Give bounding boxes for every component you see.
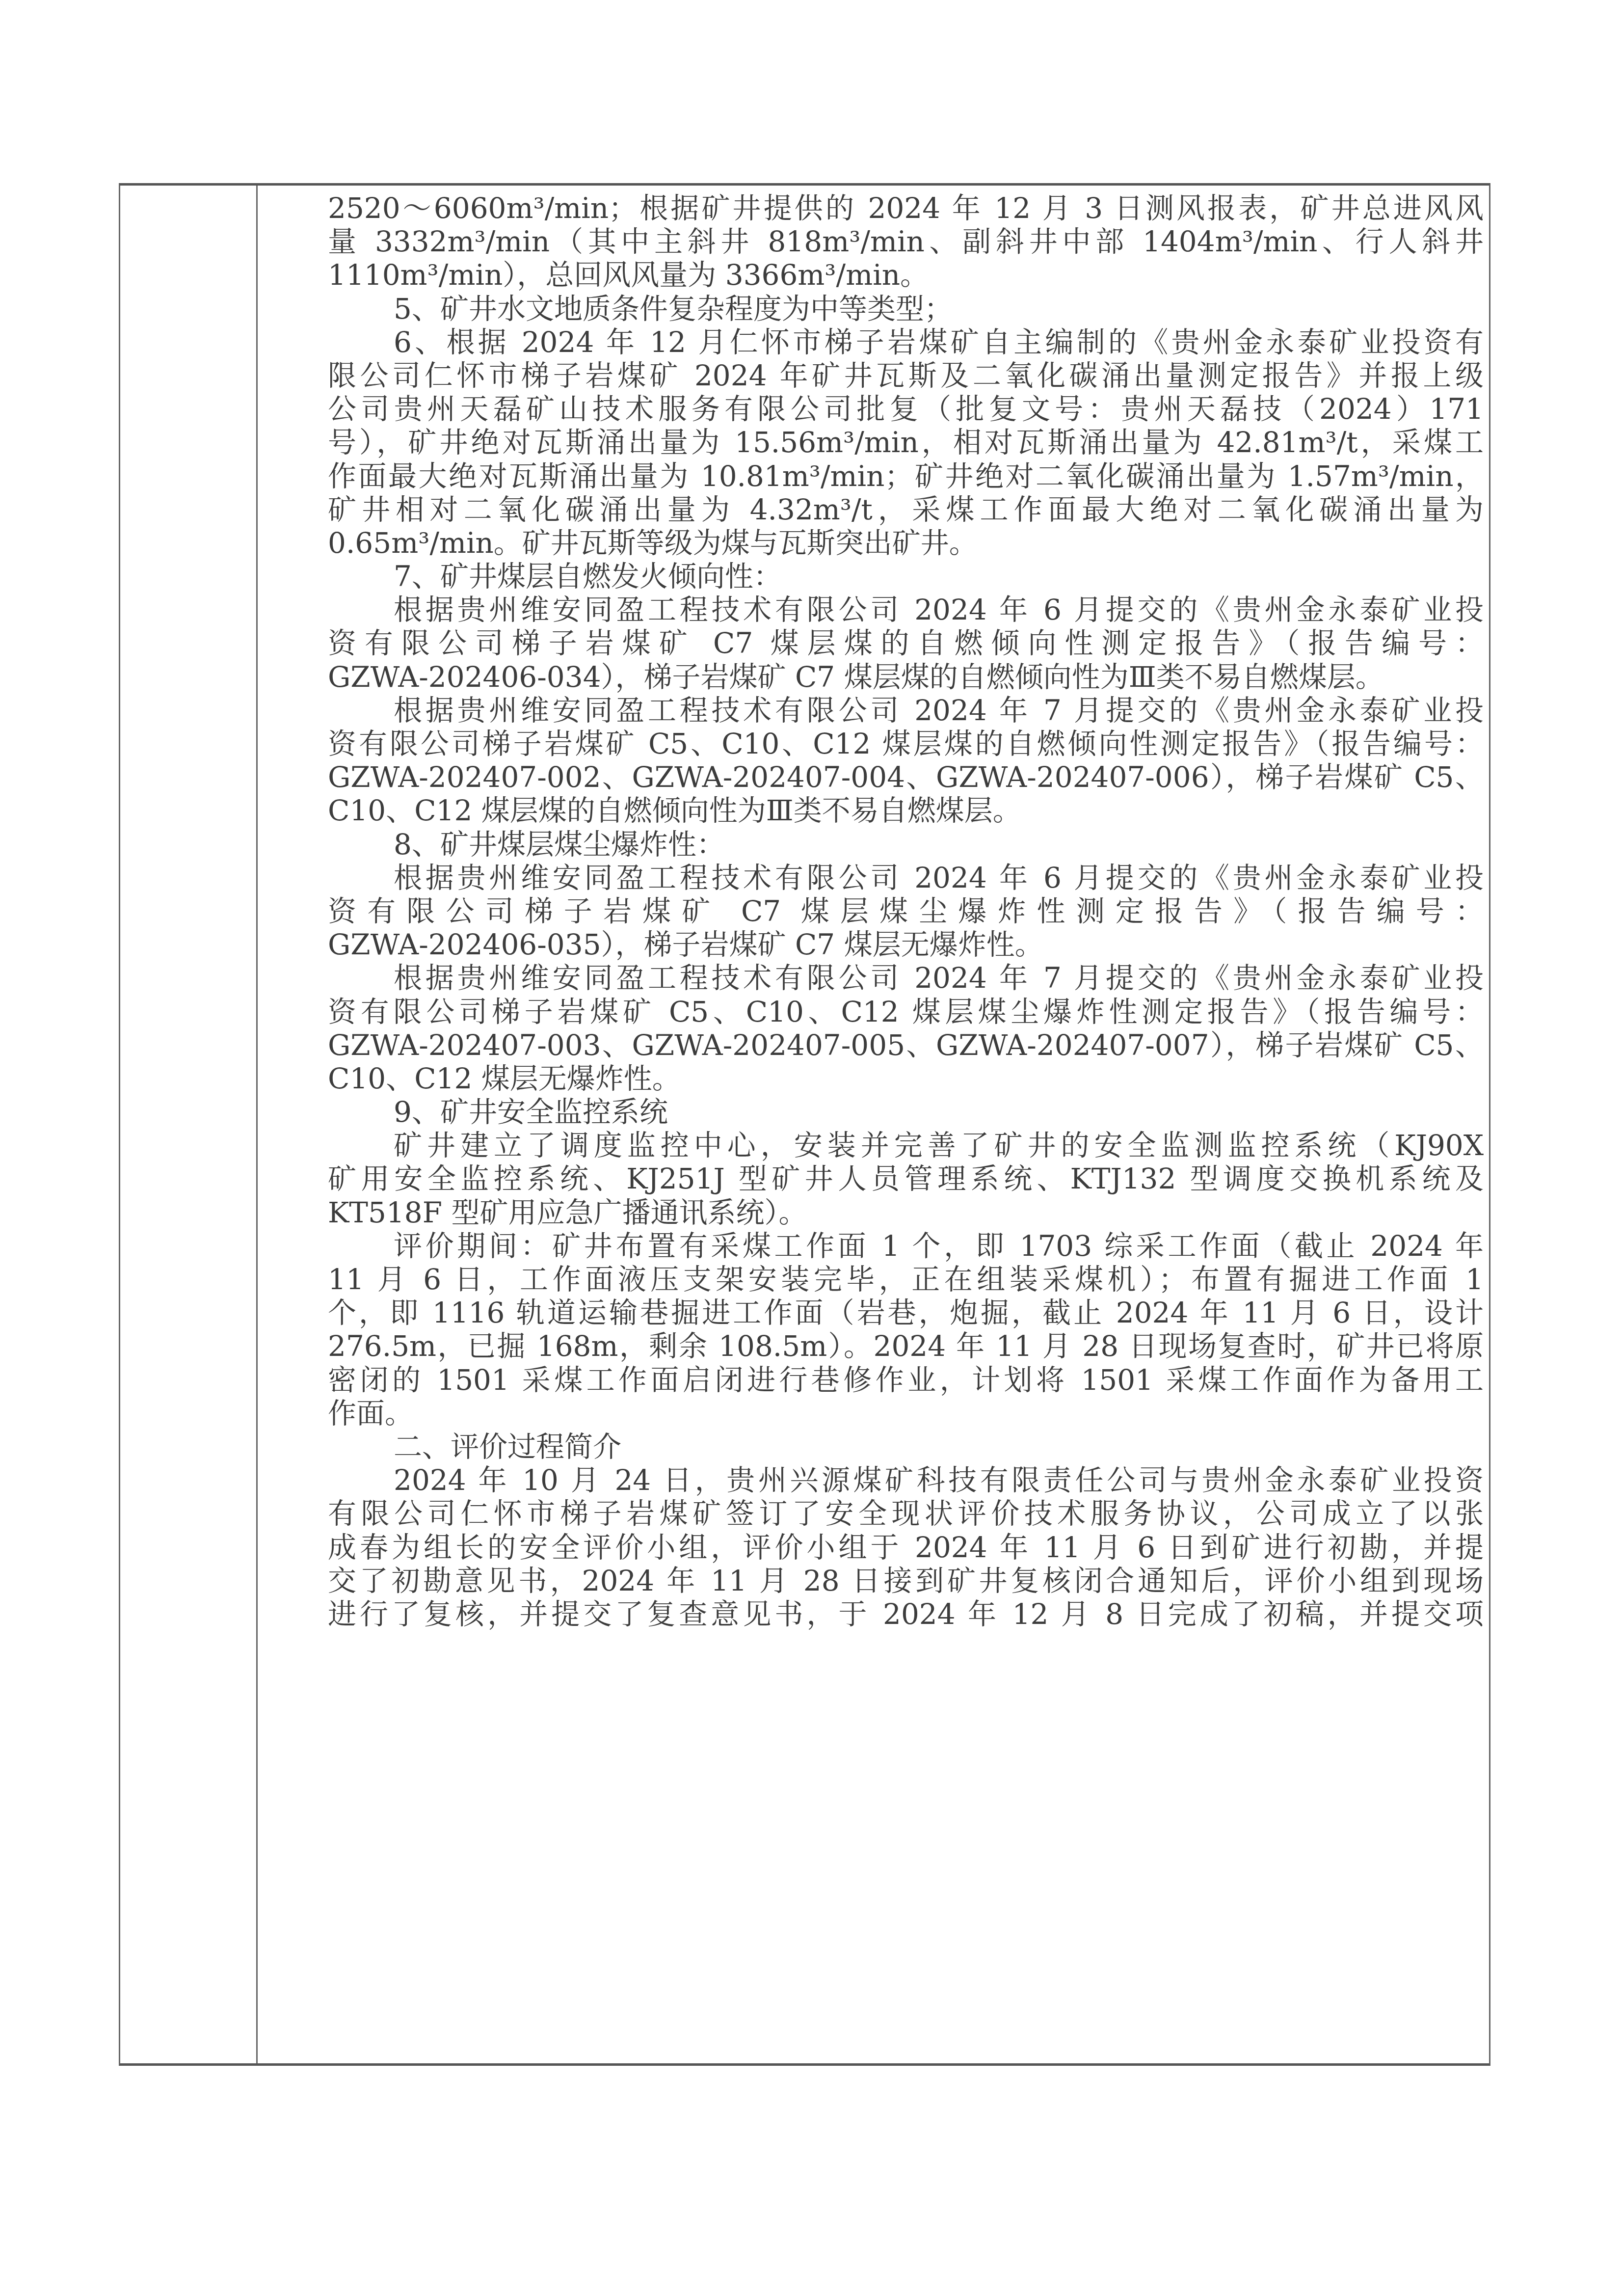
text-line: 2024 年 10 月 24 日，贵州兴源煤矿科技有限责任公司与贵州金永泰矿业投… (328, 1463, 1484, 1497)
text-line: 进行了复核，并提交了复查意见书，于 2024 年 12 月 8 日完成了初稿，并… (328, 1597, 1484, 1631)
text-line: 矿井相对二氧化碳涌出量为 4.32m³/t，采煤工作面最大绝对二氧化碳涌出量为 (328, 493, 1484, 526)
text-line: 根据贵州维安同盈工程技术有限公司 2024 年 7 月提交的《贵州金永泰矿业投 (328, 694, 1484, 727)
text-line: 7、矿井煤层自燃发火倾向性： (328, 560, 1484, 593)
text-line: 有限公司仁怀市梯子岩煤矿签订了安全现状评价技术服务协议，公司成立了以张 (328, 1497, 1484, 1530)
text-line: 2520～6060m³/min；根据矿井提供的 2024 年 12 月 3 日测… (328, 191, 1484, 225)
text-line: 量 3332m³/min（其中主斜井 818m³/min、副斜井中部 1404m… (328, 225, 1484, 258)
text-line: 11 月 6 日，工作面液压支架安装完毕，正在组装采煤机）；布置有掘进工作面 1 (328, 1263, 1484, 1296)
text-line: 根据贵州维安同盈工程技术有限公司 2024 年 6 月提交的《贵州金永泰矿业投 (328, 861, 1484, 894)
text-line: C10、C12 煤层无爆炸性。 (328, 1062, 1484, 1095)
text-line: 9、矿井安全监控系统 (328, 1095, 1484, 1129)
table-label-column (120, 186, 258, 2063)
text-line: 二、评价过程简介 (328, 1430, 1484, 1463)
text-line: 资有限公司梯子岩煤矿 C5、C10、C12 煤层煤尘爆炸性测定报告》（报告编号： (328, 995, 1484, 1028)
text-line: 0.65m³/min。矿井瓦斯等级为煤与瓦斯突出矿井。 (328, 526, 1484, 560)
text-line: 个，即 1116 轨道运输巷掘进工作面（岩巷，炮掘，截止 2024 年 11 月… (328, 1296, 1484, 1329)
text-line: 矿用安全监控系统、KJ251J 型矿井人员管理系统、KTJ132 型调度交换机系… (328, 1162, 1484, 1195)
text-line: 作面最大绝对瓦斯涌出量为 10.81m³/min；矿井绝对二氧化碳涌出量为 1.… (328, 459, 1484, 493)
text-line: 5、矿井水文地质条件复杂程度为中等类型； (328, 292, 1484, 325)
text-line: 号），矿井绝对瓦斯涌出量为 15.56m³/min，相对瓦斯涌出量为 42.81… (328, 426, 1484, 459)
text-line: 矿井建立了调度监控中心，安装并完善了矿井的安全监测监控系统（KJ90X (328, 1129, 1484, 1162)
text-line: 限公司仁怀市梯子岩煤矿 2024 年矿井瓦斯及二氧化碳涌出量测定报告》并报上级 (328, 359, 1484, 392)
text-line: KT518F 型矿用应急广播通讯系统）。 (328, 1196, 1484, 1229)
text-line: 成春为组长的安全评价小组，评价小组于 2024 年 11 月 6 日到矿进行初勘… (328, 1531, 1484, 1564)
content-text: 2520～6060m³/min；根据矿井提供的 2024 年 12 月 3 日测… (328, 191, 1484, 1631)
text-line: 交了初勘意见书，2024 年 11 月 28 日接到矿井复核闭合通知后，评价小组… (328, 1564, 1484, 1597)
text-line: GZWA-202407-003、GZWA-202407-005、GZWA-202… (328, 1028, 1484, 1062)
text-line: 8、矿井煤层煤尘爆炸性： (328, 828, 1484, 861)
text-line: 276.5m，已掘 168m，剩余 108.5m）。2024 年 11 月 28… (328, 1329, 1484, 1363)
text-line: 6、根据 2024 年 12 月仁怀市梯子岩煤矿自主编制的《贵州金永泰矿业投资有 (328, 325, 1484, 359)
text-line: GZWA-202406-035），梯子岩煤矿 C7 煤层无爆炸性。 (328, 928, 1484, 961)
text-line: 根据贵州维安同盈工程技术有限公司 2024 年 6 月提交的《贵州金永泰矿业投 (328, 593, 1484, 626)
text-line: 密闭的 1501 采煤工作面启闭进行巷修作业，计划将 1501 采煤工作面作为备… (328, 1363, 1484, 1397)
text-line: 根据贵州维安同盈工程技术有限公司 2024 年 7 月提交的《贵州金永泰矿业投 (328, 961, 1484, 995)
document-table: 2520～6060m³/min；根据矿井提供的 2024 年 12 月 3 日测… (119, 183, 1490, 2066)
text-line: 评价期间：矿井布置有采煤工作面 1 个，即 1703 综采工作面（截止 2024… (328, 1229, 1484, 1263)
text-line: 资有限公司梯子岩煤矿 C7 煤层煤的自燃倾向性测定报告》（报告编号： (328, 626, 1484, 660)
table-content-column: 2520～6060m³/min；根据矿井提供的 2024 年 12 月 3 日测… (259, 186, 1489, 2063)
text-line: 资有限公司梯子岩煤矿 C7 煤层煤尘爆炸性测定报告》（报告编号： (328, 894, 1484, 928)
text-line: GZWA-202406-034），梯子岩煤矿 C7 煤层煤的自燃倾向性为Ⅲ类不易… (328, 660, 1484, 694)
text-line: C10、C12 煤层煤的自燃倾向性为Ⅲ类不易自燃煤层。 (328, 794, 1484, 827)
text-line: GZWA-202407-002、GZWA-202407-004、GZWA-202… (328, 760, 1484, 794)
text-line: 资有限公司梯子岩煤矿 C5、C10、C12 煤层煤的自燃倾向性测定报告》（报告编… (328, 727, 1484, 760)
text-line: 作面。 (328, 1397, 1484, 1430)
text-line: 公司贵州天磊矿山技术服务有限公司批复（批复文号：贵州天磊技（2024）171 (328, 392, 1484, 426)
text-line: 1110m³/min），总回风风量为 3366m³/min。 (328, 258, 1484, 292)
